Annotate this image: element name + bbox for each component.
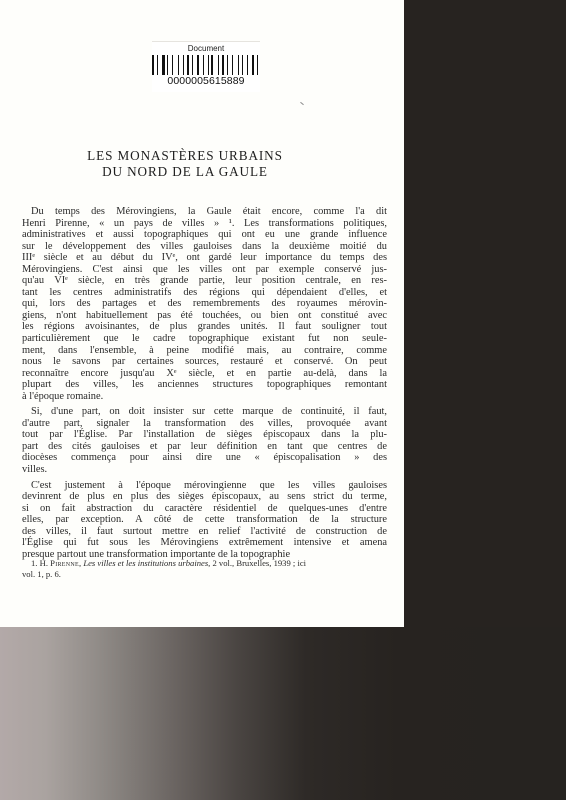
footnote-line-1: 1. H. Pirenne, Les villes et les institu… bbox=[22, 558, 387, 569]
body-text-line: tant les centres administratifs des régi… bbox=[22, 287, 387, 299]
barcode-caption: Document bbox=[152, 44, 260, 53]
body-text-line: administratives et aussi topographiques … bbox=[22, 229, 387, 241]
body-text-line: reconnaître encore jusqu'au Xᵉ siècle, e… bbox=[22, 368, 387, 380]
barcode-icon bbox=[152, 55, 260, 75]
body-text-line: Mérovingiens. C'est ainsi que les villes… bbox=[22, 264, 387, 276]
body-text-line: des villes, il faut surtout mettre en re… bbox=[22, 526, 387, 538]
body-text-line: elles, par exception. A côté de cette tr… bbox=[22, 514, 387, 526]
body-text-line: nous le savons par certaines sources, re… bbox=[22, 356, 387, 368]
body-text-line: d'autre part, signaler la transformation… bbox=[22, 418, 387, 430]
body-text-line: si on fait abstraction du caractère rési… bbox=[22, 503, 387, 515]
body-text-line: particulièrement que le cadre topographi… bbox=[22, 333, 387, 345]
footnote-author: Pirenne bbox=[50, 558, 79, 568]
document-page: Document 0000005615889 LES MONASTÈRES UR… bbox=[0, 0, 404, 627]
body-text-line: les régions avoisinantes, de plus grande… bbox=[22, 321, 387, 333]
body-text-line: part des cités gauloises et par leur déf… bbox=[22, 441, 387, 453]
body-text-line: tout par l'Église. Par l'installation de… bbox=[22, 429, 387, 441]
body-text-line: Si, d'une part, on doit insister sur cet… bbox=[22, 406, 387, 418]
body-text-line: l'Église qui fut sous les Mérovingiens e… bbox=[22, 537, 387, 549]
footnote-line-2: vol. 1, p. 6. bbox=[22, 569, 387, 580]
body-text-line: C'est justement à l'époque mérovingienne… bbox=[22, 480, 387, 492]
body-text-line: IIIᵉ siècle et au début du IVᵉ, ont gard… bbox=[22, 252, 387, 264]
body-text-line: qui, lors des partages et des remembreme… bbox=[22, 298, 387, 310]
footnote: 1. H. Pirenne, Les villes et les institu… bbox=[22, 558, 387, 579]
barcode-number: 0000005615889 bbox=[152, 75, 260, 87]
article-body: Du temps des Mérovingiens, la Gaule étai… bbox=[22, 206, 387, 560]
body-text-line: diocèses commença pour ainsi dire une « … bbox=[22, 452, 387, 464]
body-text-line: giens, n'ont habituellement pas été touc… bbox=[22, 310, 387, 322]
scan-speck bbox=[300, 102, 304, 105]
body-text-line: Du temps des Mérovingiens, la Gaule étai… bbox=[22, 206, 387, 218]
body-text-line: sur le développement des villes gauloise… bbox=[22, 241, 387, 253]
body-text-line: ment, dans l'ensemble, à peine modifié m… bbox=[22, 345, 387, 357]
barcode-label: Document 0000005615889 bbox=[152, 41, 260, 92]
body-text-line: Henri Pirenne, « un pays de villes » ¹. … bbox=[22, 218, 387, 230]
body-text-line: devinrent de plus en plus des sièges épi… bbox=[22, 491, 387, 503]
article-title-line-1: LES MONASTÈRES URBAINS bbox=[60, 148, 310, 164]
body-text-line: qu'au VIᵉ siècle, en très grande partie,… bbox=[22, 275, 387, 287]
scanner-bed-shadow bbox=[0, 627, 566, 800]
article-title-line-2: DU NORD DE LA GAULE bbox=[60, 164, 310, 180]
body-text-line: villes. bbox=[22, 464, 387, 476]
body-text-line: à l'époque romaine. bbox=[22, 391, 387, 403]
body-text-line: plupart des villes, les anciennes struct… bbox=[22, 379, 387, 391]
footnote-work-title: Les villes et les institutions urbaines bbox=[83, 558, 208, 568]
